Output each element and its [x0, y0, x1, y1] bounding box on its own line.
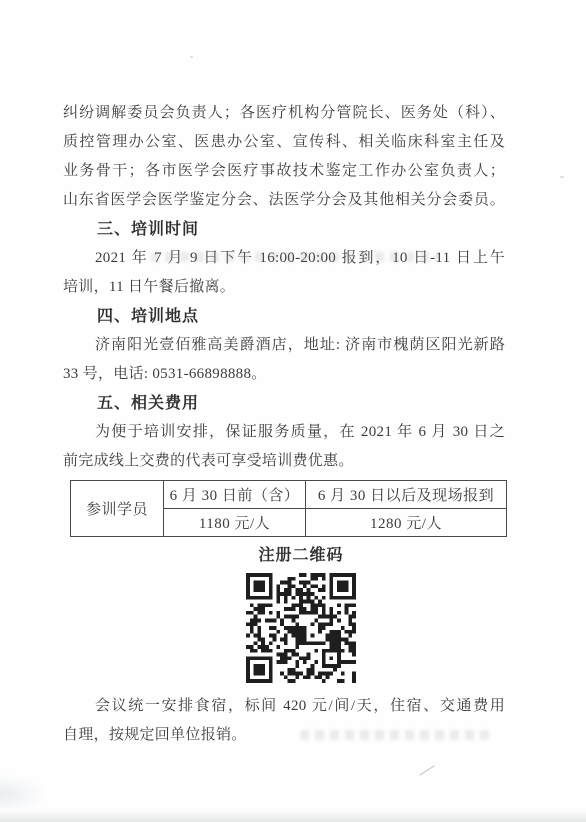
section-heading-training-time: 三、培训时间	[63, 215, 505, 244]
section-heading-training-venue: 四、培训地点	[63, 302, 505, 331]
fee-table-deadline-early: 6 月 30 日前（含）	[164, 481, 306, 509]
scan-artifact	[419, 765, 435, 775]
intro-paragraph-line: 纠纷调解委员会负责人；各医疗机构分管院长、医务处（科）、	[63, 99, 505, 128]
closing-paragraph: 会议统一安排食宿，标间 420 元/间/天，住宿、交通费用 自理，按规定回单位报…	[63, 692, 505, 750]
scanned-document-page: 纠纷调解委员会负责人；各医疗机构分管院长、医务处（科）、 质控管理办公室、医患办…	[0, 0, 586, 822]
fee-table-price-early: 1180 元/人	[164, 509, 306, 537]
related-fees-line: 前完成线上交费的代表可享受培训费优惠。	[63, 447, 505, 476]
closing-line: 会议统一安排食宿，标间 420 元/间/天，住宿、交通费用	[63, 692, 505, 721]
fee-table-attendee-cell: 参训学员	[71, 481, 164, 537]
intro-paragraph-line: 山东省医学会医学鉴定分会、法医学分会及其他相关分会委员。	[63, 186, 505, 215]
fee-table-header-row: 参训学员 6 月 30 日前（含） 6 月 30 日以后及现场报到	[71, 481, 507, 509]
scan-speck	[190, 56, 193, 58]
scan-smudge	[0, 774, 48, 808]
section-heading-related-fees: 五、相关费用	[63, 389, 505, 418]
document-body: 纠纷调解委员会负责人；各医疗机构分管院长、医务处（科）、 质控管理办公室、医患办…	[63, 99, 505, 750]
registration-qr-code	[246, 572, 356, 684]
fee-table-price-late: 1280 元/人	[306, 509, 507, 537]
training-time-line: 培训，11 日午餐后撤离。	[63, 273, 505, 302]
qr-section-title: 注册二维码	[97, 542, 505, 570]
intro-paragraph-line: 业务骨干；各市医学会医疗事故技术鉴定工作办公室负责人；	[63, 157, 505, 186]
intro-paragraph-line: 质控管理办公室、医患办公室、宣传科、相关临床科室主任及	[63, 128, 505, 157]
training-venue-line: 济南阳光壹佰雅高美爵酒店，地址: 济南市槐荫区阳光新路	[63, 331, 505, 360]
bleed-through-ghost	[300, 730, 490, 740]
fee-table: 参训学员 6 月 30 日前（含） 6 月 30 日以后及现场报到 1180 元…	[70, 480, 507, 537]
related-fees-line: 为便于培训安排，保证服务质量，在 2021 年 6 月 30 日之	[63, 418, 505, 447]
scan-speck	[560, 176, 564, 178]
qr-section: 注册二维码	[97, 542, 505, 689]
fee-table-deadline-late: 6 月 30 日以后及现场报到	[306, 481, 507, 509]
bleed-through-ghost	[150, 252, 440, 262]
training-venue-line: 33 号，电话: 0531-66898888。	[63, 360, 505, 389]
